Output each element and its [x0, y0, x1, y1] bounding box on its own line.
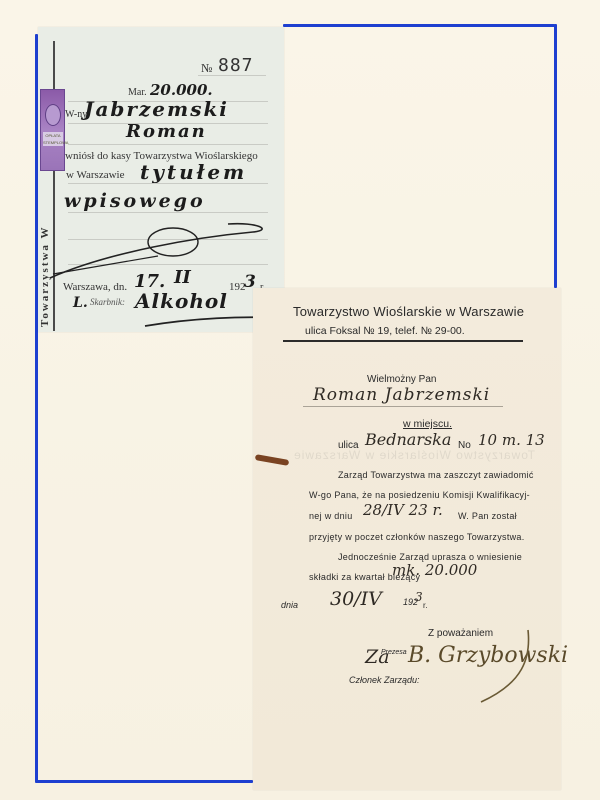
blue-frame-top: [283, 24, 555, 27]
street-label: ulica: [338, 440, 359, 451]
body-line-3-prefix: nej w dniu: [309, 511, 353, 521]
letterhead-title: Towarzystwo Wioślarskie w Warszawie: [293, 304, 524, 319]
body-line-4: przyjęty w poczet członków naszego Towar…: [309, 532, 525, 542]
stamp-label: OPŁATA STEMPLOWA: [43, 132, 63, 146]
receipt-number-label: №: [201, 61, 212, 76]
purpose-line-2: wpisowego: [64, 190, 206, 212]
membership-receipt: Towarzystwa W OPŁATA STEMPLOWA № 887 Mar…: [38, 27, 284, 332]
blue-frame-right: [554, 24, 557, 288]
number-value: 10 m. 13: [478, 431, 545, 449]
receipt-number: 887: [218, 55, 254, 76]
divider: [198, 75, 266, 76]
receipt-left-rule: [53, 41, 55, 331]
revenue-stamp-icon: OPŁATA STEMPLOWA: [40, 89, 65, 171]
membership-letter: Towarzystwo Wioślarskie w Warszawie Towa…: [253, 288, 561, 790]
divider: [68, 183, 268, 184]
body-line-1: Zarząd Towarzystwa ma zaszczyt zawiadomi…: [338, 470, 534, 480]
body-line-2: W-go Pana, że na posiedzeniu Komisji Kwa…: [309, 490, 530, 500]
stamp-eagle-emblem: [45, 104, 61, 126]
in-place-text: w miejscu.: [403, 418, 452, 430]
divider: [68, 144, 268, 145]
letterhead-rule: [283, 340, 523, 342]
purpose-line-1: tytułem: [140, 160, 247, 184]
treasurer-prefix: L.: [73, 295, 88, 311]
year-suffix: 3: [415, 590, 423, 604]
album-page: Towarzystwa W OPŁATA STEMPLOWA № 887 Mar…: [0, 0, 600, 800]
bleed-through-text: Towarzystwo Wioślarskie w Warszawie: [293, 448, 535, 462]
prezesa-label: Prezesa: [381, 649, 407, 656]
date-month: II: [174, 267, 191, 288]
year-r: r.: [423, 601, 427, 610]
body-line-3-suffix: W. Pan został: [458, 511, 517, 521]
treasurer-label: Skarbnik:: [90, 297, 125, 307]
treasurer-signature: Alkohol: [135, 289, 228, 313]
qualification-date: 28/IV 23 r.: [363, 501, 443, 519]
dnia-label: dnia: [281, 600, 298, 610]
signature-flourish-icon: [473, 628, 543, 708]
blue-frame-bottom: [35, 780, 253, 783]
payer-surname: Jabrzemski: [84, 97, 229, 121]
rust-mark: [255, 454, 290, 466]
letter-date: 30/IV: [330, 588, 382, 610]
in-warsaw-text: w Warszawie: [66, 169, 124, 181]
recipient-name: Roman Jabrzemski: [313, 385, 490, 405]
payer-firstname: Roman: [126, 121, 207, 142]
name-line: [303, 406, 503, 407]
date-label: Warszawa, dn.: [63, 281, 127, 293]
number-label: No: [458, 440, 471, 451]
letterhead-address: ulica Foksal № 19, telef. № 29-00.: [305, 325, 465, 337]
street-value: Bednarska: [365, 430, 451, 449]
fee-value: mk. 20.000: [392, 561, 477, 579]
board-member-label: Członek Zarządu:: [349, 675, 420, 685]
salutation: Wielmożny Pan: [367, 374, 436, 385]
